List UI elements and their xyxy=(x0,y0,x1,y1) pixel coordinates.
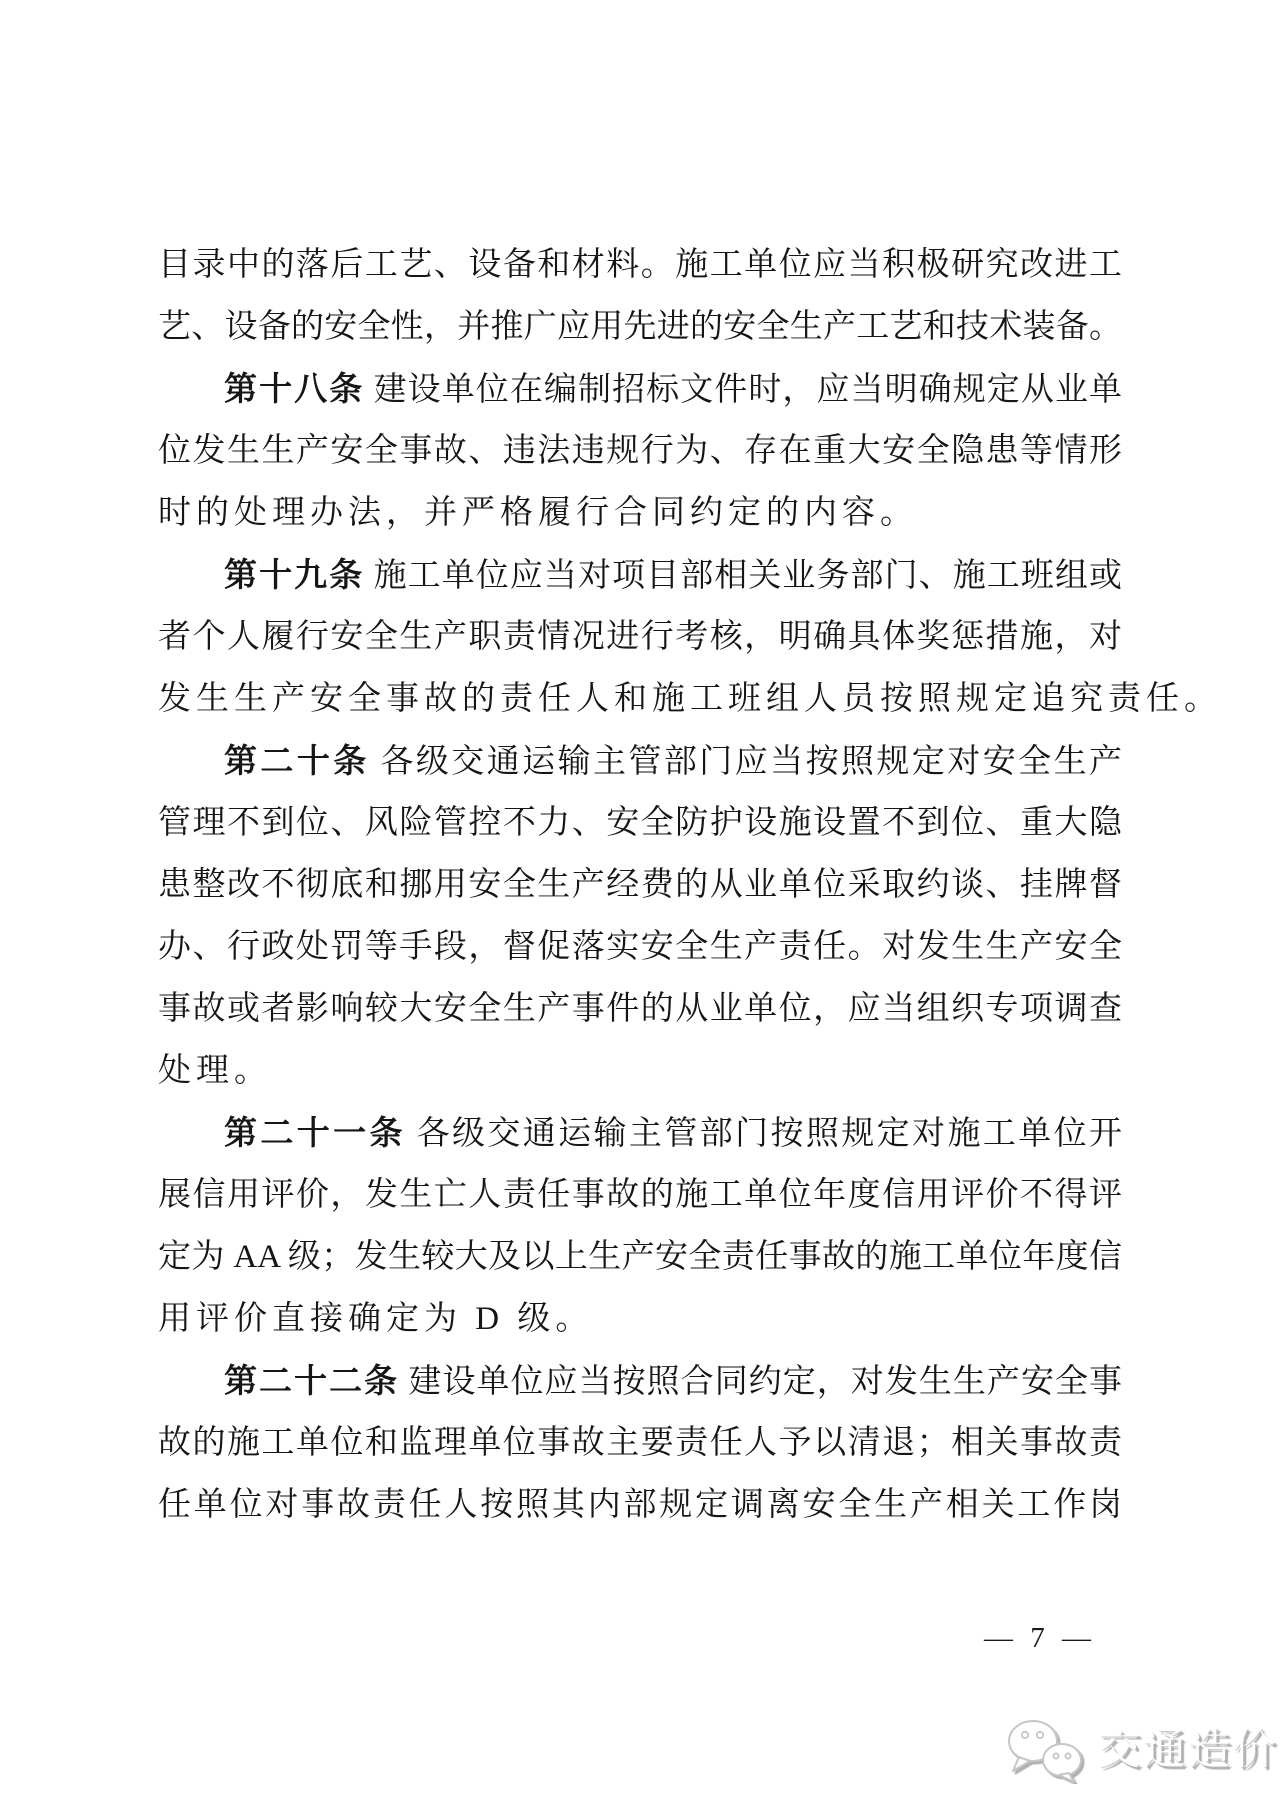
article-heading: 第二十二条 xyxy=(224,1362,399,1399)
text-line: 事故或者影响较大安全生产事件的从业单位，应当组织专项调查 xyxy=(158,978,1122,1040)
line-text: 施工单位应当对项目部相关业务部门、施工班组或 xyxy=(364,558,1122,594)
line-text: 发生生产安全事故的责任人和施工班组人员按照规定追究责任。 xyxy=(158,681,1222,717)
text-line: 办、行政处罚等手段，督促落实安全生产责任。对发生生产安全 xyxy=(158,916,1122,978)
text-line: 第二十一条 各级交通运输主管部门按照规定对施工单位开 xyxy=(158,1102,1122,1164)
text-line: 管理不到位、风险管控不力、安全防护设施设置不到位、重大隐 xyxy=(158,792,1122,854)
text-line: 定为 AA 级；发生较大及以上生产安全责任事故的施工单位年度信 xyxy=(158,1226,1122,1288)
text-line: 艺、设备的安全性，并推广应用先进的安全生产工艺和技术装备。 xyxy=(158,296,1122,358)
text-line: 第二十条 各级交通运输主管部门应当按照规定对安全生产 xyxy=(158,730,1122,792)
text-line: 任单位对事故责任人按照其内部规定调离安全生产相关工作岗 xyxy=(158,1474,1122,1536)
line-text: 者个人履行安全生产职责情况进行考核，明确具体奖惩措施，对 xyxy=(158,619,1122,655)
line-text: 办、行政处罚等手段，督促落实安全生产责任。对发生生产安全 xyxy=(158,929,1122,965)
article-heading: 第十八条 xyxy=(224,370,364,407)
line-text: 用评价直接确定为 D 级。 xyxy=(158,1301,593,1337)
document-body: 目录中的落后工艺、设备和材料。施工单位应当积极研究改进工艺、设备的安全性，并推广… xyxy=(158,234,1122,1536)
line-text: 各级交通运输主管部门按照规定对施工单位开 xyxy=(406,1116,1122,1152)
text-line: 时的处理办法，并严格履行合同约定的内容。 xyxy=(158,482,1122,544)
page-number: — 7 — xyxy=(950,1618,1130,1658)
line-text: 患整改不彻底和挪用安全生产经费的从业单位采取约谈、挂牌督 xyxy=(158,867,1122,903)
text-line: 患整改不彻底和挪用安全生产经费的从业单位采取约谈、挂牌督 xyxy=(158,854,1122,916)
text-line: 处理。 xyxy=(158,1040,1122,1102)
line-text: 处理。 xyxy=(158,1053,272,1089)
line-text: 故的施工单位和监理单位事故主要责任人予以清退；相关事故责 xyxy=(158,1425,1122,1461)
line-text: 艺、设备的安全性，并推广应用先进的安全生产工艺和技术装备。 xyxy=(158,309,1122,345)
line-text: 定为 AA 级；发生较大及以上生产安全责任事故的施工单位年度信 xyxy=(158,1239,1122,1275)
text-line: 发生生产安全事故的责任人和施工班组人员按照规定追究责任。 xyxy=(158,668,1122,730)
text-line: 展信用评价，发生亡人责任事故的施工单位年度信用评价不得评 xyxy=(158,1164,1122,1226)
watermark-label: 交通造价云 xyxy=(1098,1719,1280,1783)
article-heading: 第二十条 xyxy=(224,742,370,779)
line-text: 展信用评价，发生亡人责任事故的施工单位年度信用评价不得评 xyxy=(158,1177,1122,1213)
watermark: 交通造价云 xyxy=(1006,1718,1280,1784)
text-line: 用评价直接确定为 D 级。 xyxy=(158,1288,1122,1350)
line-text: 管理不到位、风险管控不力、安全防护设施设置不到位、重大隐 xyxy=(158,805,1122,841)
text-line: 第十九条 施工单位应当对项目部相关业务部门、施工班组或 xyxy=(158,544,1122,606)
line-text: 位发生生产安全事故、违法违规行为、存在重大安全隐患等情形 xyxy=(158,433,1122,469)
line-text: 任单位对事故责任人按照其内部规定调离安全生产相关工作岗 xyxy=(158,1487,1122,1523)
text-line: 目录中的落后工艺、设备和材料。施工单位应当积极研究改进工 xyxy=(158,234,1122,296)
text-line: 第十八条 建设单位在编制招标文件时，应当明确规定从业单 xyxy=(158,358,1122,420)
line-text: 各级交通运输主管部门应当按照规定对安全生产 xyxy=(370,744,1122,780)
line-text: 建设单位应当按照合同约定，对发生生产安全事 xyxy=(399,1364,1122,1400)
line-text: 时的处理办法，并严格履行合同约定的内容。 xyxy=(158,495,918,531)
text-line: 第二十二条 建设单位应当按照合同约定，对发生生产安全事 xyxy=(158,1350,1122,1412)
document-page: 目录中的落后工艺、设备和材料。施工单位应当积极研究改进工艺、设备的安全性，并推广… xyxy=(0,0,1280,1810)
text-line: 者个人履行安全生产职责情况进行考核，明确具体奖惩措施，对 xyxy=(158,606,1122,668)
article-heading: 第二十一条 xyxy=(224,1114,406,1151)
line-text: 建设单位在编制招标文件时，应当明确规定从业单 xyxy=(364,372,1122,408)
wechat-chat-bubbles-icon xyxy=(1006,1718,1088,1784)
line-text: 事故或者影响较大安全生产事件的从业单位，应当组织专项调查 xyxy=(158,991,1122,1027)
line-text: 目录中的落后工艺、设备和材料。施工单位应当积极研究改进工 xyxy=(158,247,1122,283)
article-heading: 第十九条 xyxy=(224,556,364,593)
text-line: 位发生生产安全事故、违法违规行为、存在重大安全隐患等情形 xyxy=(158,420,1122,482)
text-line: 故的施工单位和监理单位事故主要责任人予以清退；相关事故责 xyxy=(158,1412,1122,1474)
